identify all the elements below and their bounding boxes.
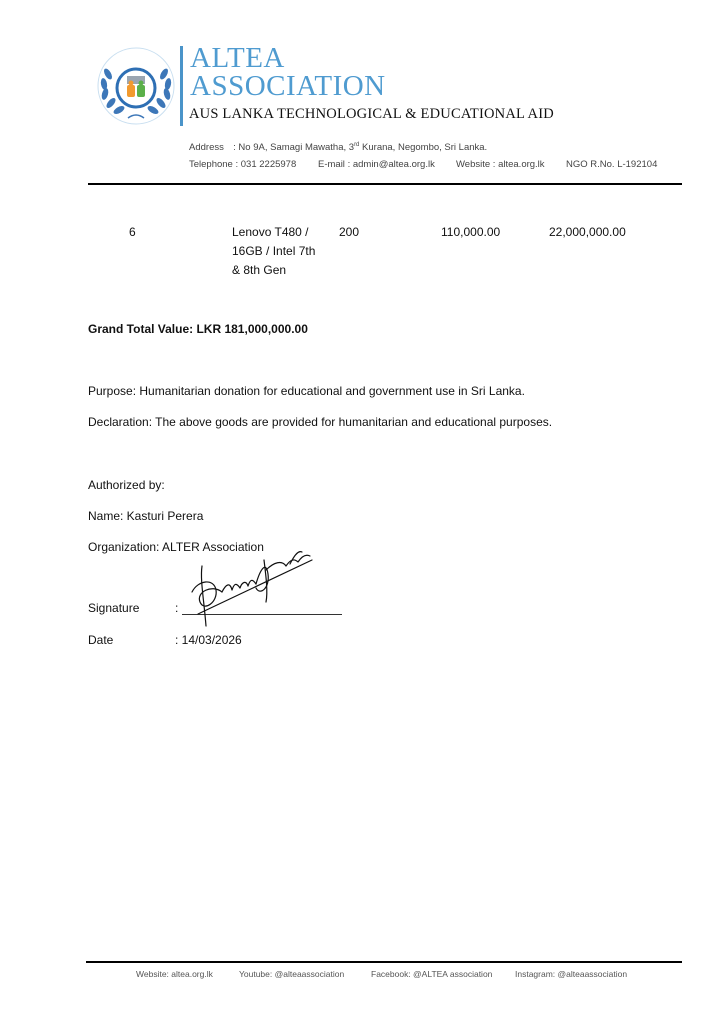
org-name-line2: ASSOCIATION (190, 72, 386, 100)
item-unit-price: 110,000.00 (441, 223, 500, 242)
address-rest: Kurana, Negombo, Sri Lanka. (359, 142, 487, 153)
handwritten-signature-icon (170, 530, 320, 630)
address-value: : No 9A, Samagi Mawatha, 3 (233, 142, 354, 153)
purpose-text: Purpose: Humanitarian donation for educa… (88, 384, 525, 398)
item-description-line: & 8th Gen (232, 261, 332, 280)
footer-divider (86, 961, 682, 963)
website-value: : altea.org.lk (493, 159, 545, 170)
email-label: E-mail (318, 159, 345, 170)
org-name: ALTEA ASSOCIATION (190, 44, 386, 100)
org-name-line1: ALTEA (190, 44, 386, 72)
declaration-text: Declaration: The above goods are provide… (88, 415, 552, 429)
website-line: Website : altea.org.lk (456, 159, 545, 170)
telephone-line: Telephone : 031 2225978 (189, 159, 296, 170)
item-description: Lenovo T480 / 16GB / Intel 7th & 8th Gen (232, 223, 332, 280)
authorizer-name: Name: Kasturi Perera (88, 509, 203, 523)
org-tagline: AUS LANKA TECHNOLOGICAL & EDUCATIONAL AI… (189, 106, 554, 123)
address-label: Address (189, 142, 224, 153)
footer-youtube[interactable]: Youtube: @alteaassociation (239, 969, 344, 979)
ngo-registration: NGO R.No. L-192104 (566, 159, 657, 170)
item-quantity: 200 (339, 223, 359, 242)
authorized-by-label: Authorized by: (88, 478, 165, 492)
footer-website[interactable]: Website: altea.org.lk (136, 969, 213, 979)
date-label: Date (88, 633, 113, 647)
address-line: Address : No 9A, Samagi Mawatha, 3rd Kur… (189, 142, 487, 153)
item-total: 22,000,000.00 (549, 223, 626, 242)
item-number: 6 (129, 223, 136, 242)
email-value: : admin@altea.org.lk (348, 159, 435, 170)
brand-divider (180, 46, 183, 126)
email-line: E-mail : admin@altea.org.lk (318, 159, 435, 170)
footer-instagram[interactable]: Instagram: @alteaassociation (515, 969, 627, 979)
date-value: : 14/03/2026 (175, 633, 242, 647)
item-description-line: Lenovo T480 / (232, 223, 332, 242)
telephone-label: Telephone (189, 159, 233, 170)
website-label: Website (456, 159, 490, 170)
telephone-value: : 031 2225978 (236, 159, 297, 170)
signature-label: Signature (88, 601, 139, 615)
footer-facebook[interactable]: Facebook: @ALTEA association (371, 969, 492, 979)
header-divider (88, 183, 682, 185)
item-description-line: 16GB / Intel 7th (232, 242, 332, 261)
grand-total: Grand Total Value: LKR 181,000,000.00 (88, 322, 308, 336)
altea-association-emblem-icon (90, 44, 182, 130)
